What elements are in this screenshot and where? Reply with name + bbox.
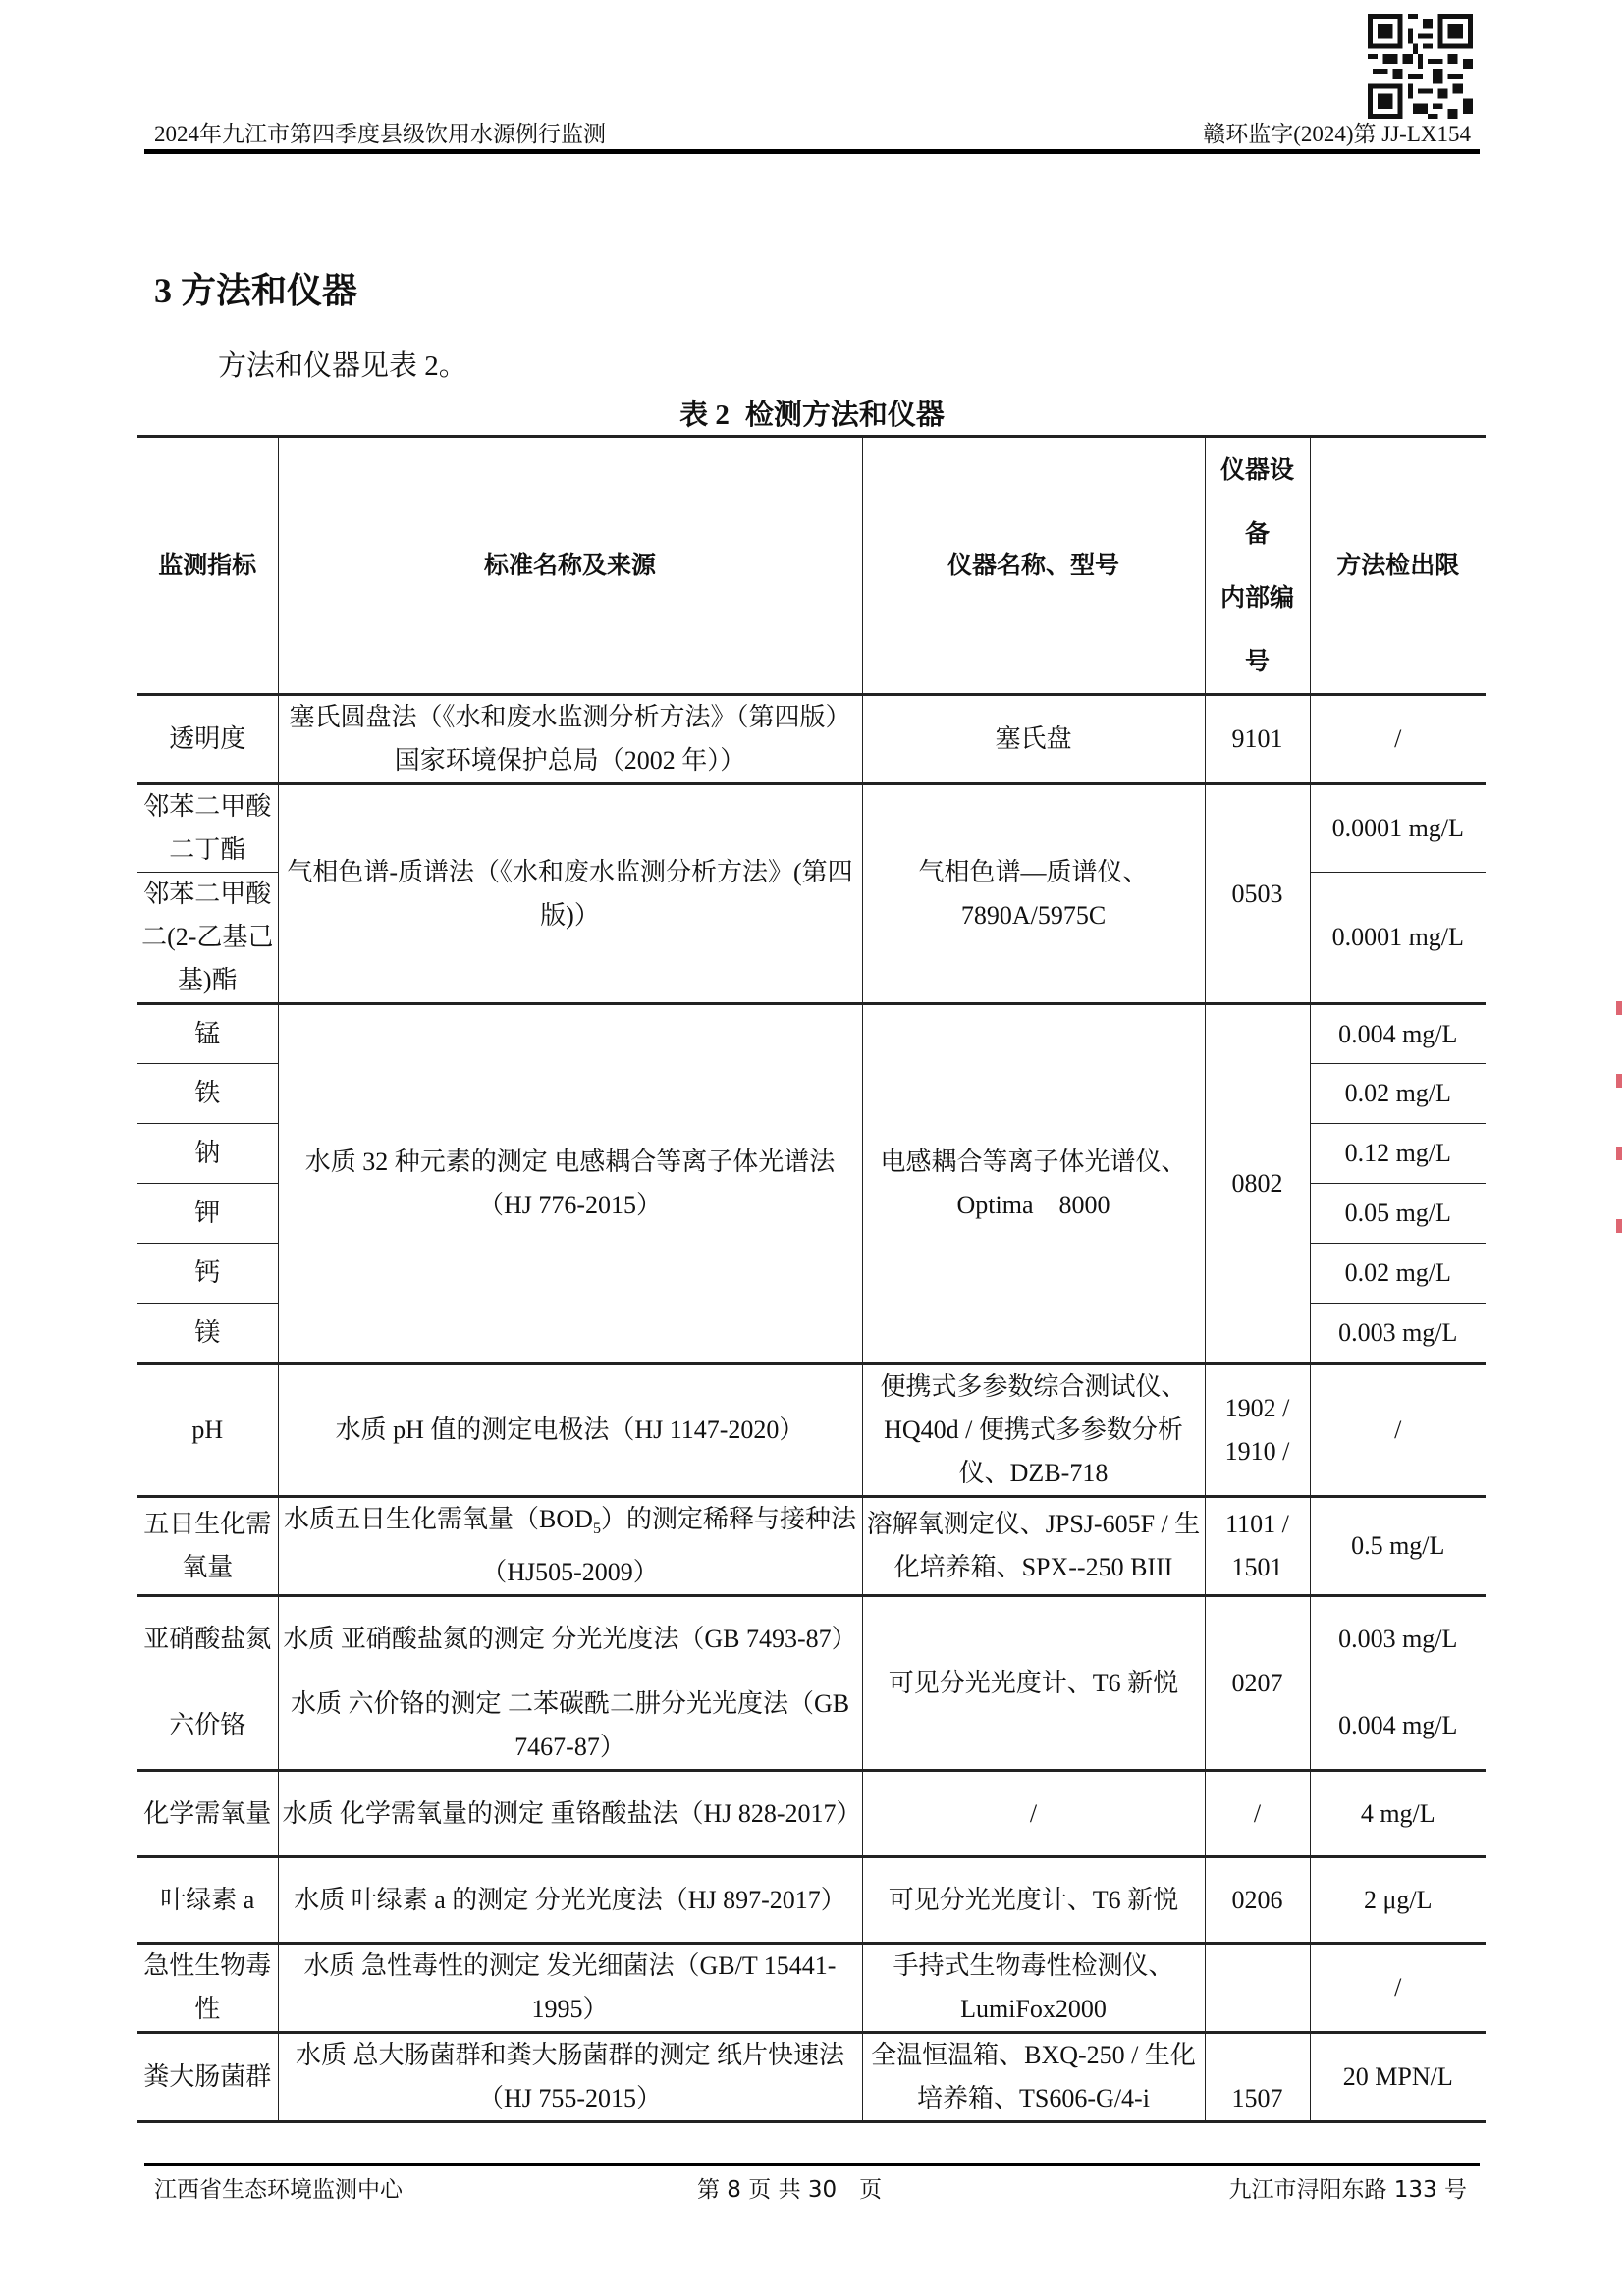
cell-indicator: 叶绿素 a — [137, 1857, 278, 1944]
footer-address: 九江市浔阳东路 133 号 — [1228, 2171, 1467, 2204]
cell-limit: 20 MPN/L — [1310, 2033, 1486, 2122]
cell-limit: 0.004 mg/L — [1310, 1682, 1486, 1771]
cell-limit: 0.5 mg/L — [1310, 1497, 1486, 1596]
cell-indicator: 化学需氧量 — [137, 1771, 278, 1857]
cell-standard: 水质 32 种元素的测定 电感耦合等离子体光谱法（HJ 776-2015） — [278, 1004, 862, 1364]
cell-standard-part: 水质五日生化需氧量（BOD — [284, 1505, 593, 1533]
cell-standard: 水质 急性毒性的测定 发光细菌法（GB/T 15441-1995） — [278, 1944, 862, 2033]
cell-instrument: 手持式生物毒性检测仪、LumiFox2000 — [862, 1944, 1205, 2033]
cell-limit: 2 μg/L — [1310, 1857, 1486, 1944]
cell-device-id: / — [1205, 1771, 1310, 1857]
cell-standard: 塞氏圆盘法（《水和废水监测分析方法》（第四版）国家环境保护总局（2002 年）） — [278, 695, 862, 784]
cell-standard: 水质 六价铬的测定 二苯碳酰二肼分光光度法（GB 7467-87） — [278, 1682, 862, 1771]
cell-instrument: 塞氏盘 — [862, 695, 1205, 784]
cell-indicator: 急性生物毒性 — [137, 1944, 278, 2033]
cell-device-id — [1205, 1944, 1310, 2033]
cell-instrument: / — [862, 1771, 1205, 1857]
col-header-instrument: 仪器名称、型号 — [862, 437, 1205, 695]
cell-limit: / — [1310, 1944, 1486, 2033]
cell-instrument: 电感耦合等离子体光谱仪、Optima 8000 — [862, 1004, 1205, 1364]
col-header-detection-limit: 方法检出限 — [1310, 437, 1486, 695]
cell-indicator: 亚硝酸盐氮 — [137, 1596, 278, 1682]
cell-indicator: pH — [137, 1364, 278, 1497]
table-caption-text: 检测方法和仪器 — [745, 400, 945, 431]
cell-limit: 0.003 mg/L — [1310, 1596, 1486, 1682]
cell-limit: / — [1310, 695, 1486, 784]
table-caption-number: 表 2 — [679, 400, 730, 431]
cell-device-id: 0207 — [1205, 1596, 1310, 1771]
cell-indicator: 钙 — [137, 1244, 278, 1304]
cell-limit: 0.12 mg/L — [1310, 1124, 1486, 1184]
table-row: pH 水质 pH 值的测定电极法（HJ 1147-2020） 便携式多参数综合测… — [137, 1364, 1486, 1497]
col-header-device-id-line: 备 — [1210, 502, 1306, 565]
cell-indicator: 钾 — [137, 1184, 278, 1244]
cell-standard: 水质 叶绿素 a 的测定 分光光度法（HJ 897-2017） — [278, 1857, 862, 1944]
table-header-row: 监测指标 标准名称及来源 仪器名称、型号 仪器设 备 内部编 号 方法检出限 — [137, 437, 1486, 695]
col-header-device-id-line: 内部编 — [1210, 565, 1306, 629]
table-row: 亚硝酸盐氮 水质 亚硝酸盐氮的测定 分光光度法（GB 7493-87） 可见分光… — [137, 1596, 1486, 1682]
cell-device-id: 0206 — [1205, 1857, 1310, 1944]
col-header-device-id: 仪器设 备 内部编 号 — [1205, 437, 1310, 695]
cell-device-id: 0503 — [1205, 784, 1310, 1004]
seal-stamp-edge — [1616, 1001, 1624, 1296]
cell-indicator: 锰 — [137, 1004, 278, 1064]
cell-indicator: 五日生化需氧量 — [137, 1497, 278, 1596]
cell-limit: 0.003 mg/L — [1310, 1304, 1486, 1364]
header-divider — [144, 149, 1480, 154]
cell-standard: 水质 pH 值的测定电极法（HJ 1147-2020） — [278, 1364, 862, 1497]
cell-limit: 0.0001 mg/L — [1310, 873, 1486, 1004]
cell-device-id: 1507 — [1205, 2033, 1310, 2122]
cell-device-id: 9101 — [1205, 695, 1310, 784]
cell-instrument: 全温恒温箱、BXQ-250 / 生化培养箱、TS606-G/4-i — [862, 2033, 1205, 2122]
cell-indicator: 邻苯二甲酸二丁酯 — [137, 784, 278, 873]
cell-standard: 水质五日生化需氧量（BOD5）的测定稀释与接种法（HJ505-2009） — [278, 1497, 862, 1596]
cell-instrument: 气相色谱—质谱仪、7890A/5975C — [862, 784, 1205, 1004]
table-row: 化学需氧量 水质 化学需氧量的测定 重铬酸盐法（HJ 828-2017） / /… — [137, 1771, 1486, 1857]
cell-device-id: 0802 — [1205, 1004, 1310, 1364]
cell-instrument: 溶解氧测定仪、JPSJ-605F / 生化培养箱、SPX--250 BIII — [862, 1497, 1205, 1596]
cell-indicator: 透明度 — [137, 695, 278, 784]
cell-standard: 水质 总大肠菌群和粪大肠菌群的测定 纸片快速法（HJ 755-2015） — [278, 2033, 862, 2122]
col-header-indicator: 监测指标 — [137, 437, 278, 695]
cell-standard: 水质 化学需氧量的测定 重铬酸盐法（HJ 828-2017） — [278, 1771, 862, 1857]
cell-standard: 气相色谱-质谱法（《水和废水监测分析方法》(第四版)） — [278, 784, 862, 1004]
cell-indicator: 铁 — [137, 1064, 278, 1124]
table-row: 透明度 塞氏圆盘法（《水和废水监测分析方法》（第四版）国家环境保护总局（2002… — [137, 695, 1486, 784]
table-row: 邻苯二甲酸二丁酯 气相色谱-质谱法（《水和废水监测分析方法》(第四版)） 气相色… — [137, 784, 1486, 873]
cell-standard: 水质 亚硝酸盐氮的测定 分光光度法（GB 7493-87） — [278, 1596, 862, 1682]
cell-indicator: 镁 — [137, 1304, 278, 1364]
cell-device-id: 1902 / 1910 / — [1205, 1364, 1310, 1497]
cell-indicator: 六价铬 — [137, 1682, 278, 1771]
table-row: 五日生化需氧量 水质五日生化需氧量（BOD5）的测定稀释与接种法（HJ505-2… — [137, 1497, 1486, 1596]
cell-limit: 0.02 mg/L — [1310, 1064, 1486, 1124]
cell-instrument: 便携式多参数综合测试仪、HQ40d / 便携式多参数分析仪、DZB-718 — [862, 1364, 1205, 1497]
table-caption: 表 2检测方法和仪器 — [0, 393, 1624, 433]
cell-device-id: 1101 / 1501 — [1205, 1497, 1310, 1596]
cell-indicator: 邻苯二甲酸二(2-乙基己基)酯 — [137, 873, 278, 1004]
col-header-device-id-line: 仪器设 — [1210, 438, 1306, 502]
qr-code-icon — [1368, 14, 1473, 119]
table-row: 粪大肠菌群 水质 总大肠菌群和粪大肠菌群的测定 纸片快速法（HJ 755-201… — [137, 2033, 1486, 2122]
header-report-title: 2024年九江市第四季度县级饮用水源例行监测 — [154, 116, 606, 148]
footer-divider — [144, 2163, 1480, 2166]
table-row: 急性生物毒性 水质 急性毒性的测定 发光细菌法（GB/T 15441-1995）… — [137, 1944, 1486, 2033]
section-title: 3 方法和仪器 — [154, 263, 357, 313]
cell-limit: 0.004 mg/L — [1310, 1004, 1486, 1064]
cell-instrument: 可见分光光度计、T6 新悦 — [862, 1596, 1205, 1771]
header-report-number: 赣环监字(2024)第 JJ-LX154 — [1203, 116, 1471, 148]
col-header-device-id-line: 号 — [1210, 629, 1306, 693]
table-row: 锰 水质 32 种元素的测定 电感耦合等离子体光谱法（HJ 776-2015） … — [137, 1004, 1486, 1064]
col-header-standard: 标准名称及来源 — [278, 437, 862, 695]
cell-limit: 0.05 mg/L — [1310, 1184, 1486, 1244]
cell-limit: 0.0001 mg/L — [1310, 784, 1486, 873]
section-intro: 方法和仪器见表 2。 — [218, 344, 467, 384]
table-row: 叶绿素 a 水质 叶绿素 a 的测定 分光光度法（HJ 897-2017） 可见… — [137, 1857, 1486, 1944]
cell-limit: 0.02 mg/L — [1310, 1244, 1486, 1304]
cell-limit: 4 mg/L — [1310, 1771, 1486, 1857]
methods-instruments-table: 监测指标 标准名称及来源 仪器名称、型号 仪器设 备 内部编 号 方法检出限 透… — [137, 435, 1486, 2123]
footer-organization: 江西省生态环境监测中心 — [154, 2171, 403, 2204]
cell-indicator: 粪大肠菌群 — [137, 2033, 278, 2122]
cell-standard-subscript: 5 — [593, 1521, 601, 1537]
cell-indicator: 钠 — [137, 1124, 278, 1184]
cell-limit: / — [1310, 1364, 1486, 1497]
footer-page-number: 第 8 页 共 30 页 — [697, 2171, 882, 2204]
cell-instrument: 可见分光光度计、T6 新悦 — [862, 1857, 1205, 1944]
